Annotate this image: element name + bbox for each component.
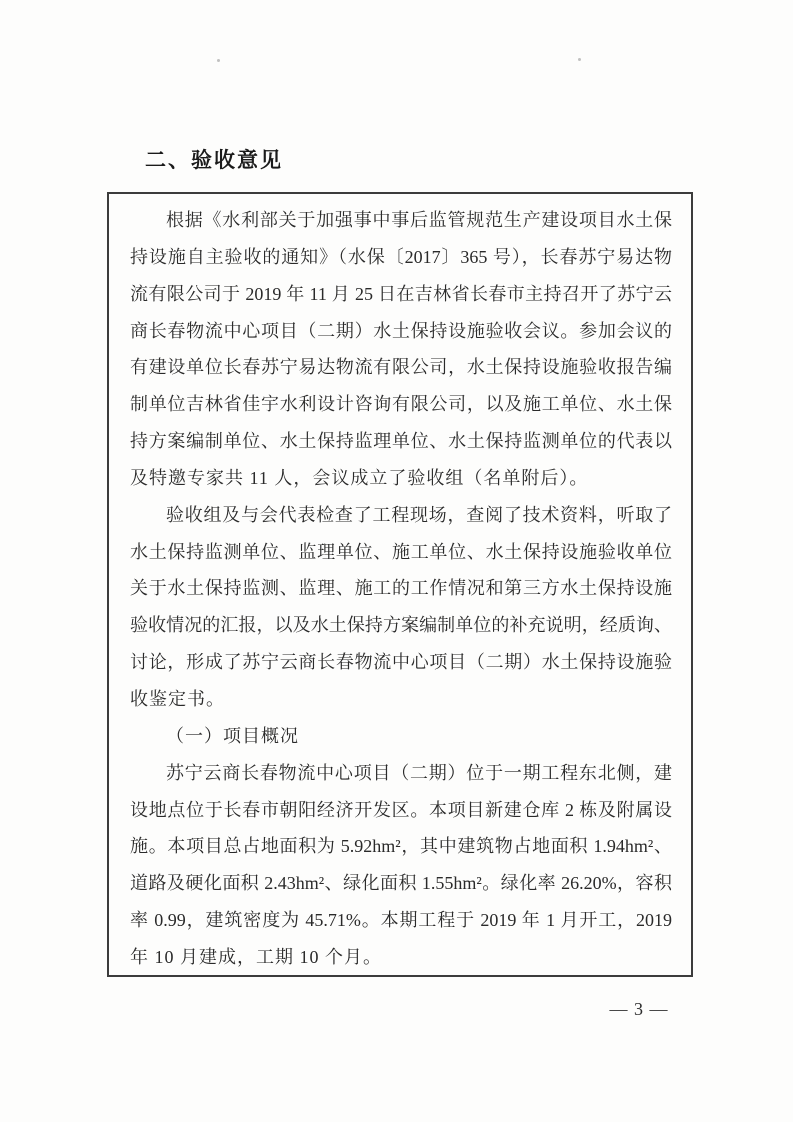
scan-speck — [578, 58, 581, 61]
section-heading: 二、验收意见 — [145, 144, 283, 174]
text-line: 流有限公司于 2019 年 11 月 25 日在吉林省长春市主持召开了苏宁云 — [130, 276, 672, 313]
text-line: 讨论，形成了苏宁云商长春物流中心项目（二期）水土保持设施验 — [130, 644, 672, 681]
text-line: （一）项目概况 — [130, 718, 672, 755]
text-line: 水土保持监测单位、监理单位、施工单位、水土保持设施验收单位 — [130, 534, 672, 571]
scanned-document-page: 二、验收意见 根据《水利部关于加强事中事后监管规范生产建设项目水土保 持设施自主… — [0, 0, 793, 1122]
text-line: 关于水土保持监测、监理、施工的工作情况和第三方水土保持设施 — [130, 570, 672, 607]
text-line: 持方案编制单位、水土保持监理单位、水土保持监测单位的代表以 — [130, 423, 672, 460]
text-line: 设地点位于长春市朝阳经济开发区。本项目新建仓库 2 栋及附属设 — [130, 792, 672, 829]
text-line: 及特邀专家共 11 人，会议成立了验收组（名单附后）。 — [130, 460, 672, 497]
text-line: 收鉴定书。 — [130, 681, 672, 718]
text-line: 率 0.99，建筑密度为 45.71%。本期工程于 2019 年 1 月开工，2… — [130, 902, 672, 939]
text-line: 商长春物流中心项目（二期）水土保持设施验收会议。参加会议的 — [130, 313, 672, 350]
scan-speck — [217, 59, 220, 62]
text-line: 持设施自主验收的通知》（水保〔2017〕365 号），长春苏宁易达物 — [130, 239, 672, 276]
content-box: 根据《水利部关于加强事中事后监管规范生产建设项目水土保 持设施自主验收的通知》（… — [107, 192, 693, 977]
page-number: — 3 — — [603, 999, 675, 1020]
text-line: 制单位吉林省佳宇水利设计咨询有限公司，以及施工单位、水土保 — [130, 386, 672, 423]
text-line: 验收组及与会代表检查了工程现场，查阅了技术资料，听取了 — [130, 497, 672, 534]
text-line: 施。本项目总占地面积为 5.92hm²，其中建筑物占地面积 1.94hm²、 — [130, 828, 672, 865]
text-line: 道路及硬化面积 2.43hm²、绿化面积 1.55hm²。绿化率 26.20%，… — [130, 865, 672, 902]
text-line: 有建设单位长春苏宁易达物流有限公司，水土保持设施验收报告编 — [130, 349, 672, 386]
text-line: 根据《水利部关于加强事中事后监管规范生产建设项目水土保 — [130, 202, 672, 239]
text-line: 年 10 月建成，工期 10 个月。 — [130, 939, 672, 976]
text-line: 苏宁云商长春物流中心项目（二期）位于一期工程东北侧，建 — [130, 755, 672, 792]
text-line: 验收情况的汇报，以及水土保持方案编制单位的补充说明，经质询、 — [130, 607, 672, 644]
